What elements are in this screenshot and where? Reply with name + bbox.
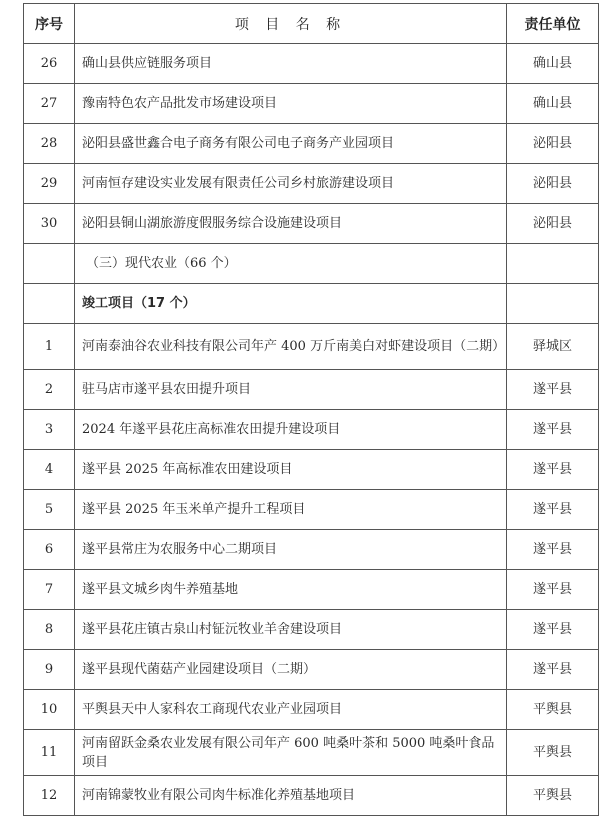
row-project-name: 平舆县天中人家科农工商现代农业产业园项目	[75, 690, 507, 730]
row-project-name: 豫南特色农产品批发市场建设项目	[75, 84, 507, 124]
row-serial-no: 28	[24, 124, 75, 164]
row-project-name: 泌阳县铜山湖旅游度假服务综合设施建设项目	[75, 204, 507, 244]
table-row: 9 遂平县现代菌菇产业园建设项目（二期） 遂平县	[24, 650, 599, 690]
row-project-name: 河南泰油谷农业科技有限公司年产 400 万斤南美白对虾建设项目（二期）	[75, 324, 507, 370]
row-responsible-unit: 确山县	[507, 84, 599, 124]
row-serial-no: 7	[24, 570, 75, 610]
row-serial-no: 6	[24, 530, 75, 570]
row-responsible-unit: 平舆县	[507, 730, 599, 776]
table-row: 1 河南泰油谷农业科技有限公司年产 400 万斤南美白对虾建设项目（二期） 驿城…	[24, 324, 599, 370]
section-serial-empty	[24, 244, 75, 284]
row-project-name: 河南留跃金桑农业发展有限公司年产 600 吨桑叶茶和 5000 吨桑叶食品项目	[75, 730, 507, 776]
table-row: 7 遂平县文城乡肉牛养殖基地 遂平县	[24, 570, 599, 610]
row-serial-no: 4	[24, 450, 75, 490]
row-serial-no: 3	[24, 410, 75, 450]
row-serial-no: 27	[24, 84, 75, 124]
table-row: 28 泌阳县盛世鑫合电子商务有限公司电子商务产业园项目 泌阳县	[24, 124, 599, 164]
table-row: 26 确山县供应链服务项目 确山县	[24, 44, 599, 84]
section-unit-empty	[507, 244, 599, 284]
table-row: 5 遂平县 2025 年玉米单产提升工程项目 遂平县	[24, 490, 599, 530]
row-serial-no: 10	[24, 690, 75, 730]
row-responsible-unit: 遂平县	[507, 650, 599, 690]
row-serial-no: 30	[24, 204, 75, 244]
row-project-name: 遂平县文城乡肉牛养殖基地	[75, 570, 507, 610]
row-project-name: 驻马店市遂平县农田提升项目	[75, 370, 507, 410]
table-row: 27 豫南特色农产品批发市场建设项目 确山县	[24, 84, 599, 124]
row-serial-no: 2	[24, 370, 75, 410]
table-row: 12 河南锦蒙牧业有限公司肉牛标准化养殖基地项目 平舆县	[24, 776, 599, 816]
table-header-row: 序号 项 目 名 称 责任单位	[24, 4, 599, 44]
row-project-name: 确山县供应链服务项目	[75, 44, 507, 84]
row-responsible-unit: 遂平县	[507, 530, 599, 570]
section-title-text: （三）现代农业（66 个）	[82, 256, 237, 271]
row-responsible-unit: 遂平县	[507, 370, 599, 410]
row-project-name: 泌阳县盛世鑫合电子商务有限公司电子商务产业园项目	[75, 124, 507, 164]
row-serial-no: 1	[24, 324, 75, 370]
row-responsible-unit: 泌阳县	[507, 204, 599, 244]
row-serial-no: 9	[24, 650, 75, 690]
row-responsible-unit: 平舆县	[507, 690, 599, 730]
row-project-name: 遂平县常庄为农服务中心二期项目	[75, 530, 507, 570]
row-responsible-unit: 遂平县	[507, 490, 599, 530]
row-project-name: 遂平县 2025 年高标准农田建设项目	[75, 450, 507, 490]
row-responsible-unit: 遂平县	[507, 570, 599, 610]
subsection-serial-empty	[24, 284, 75, 324]
table-row: 6 遂平县常庄为农服务中心二期项目 遂平县	[24, 530, 599, 570]
row-serial-no: 26	[24, 44, 75, 84]
section-title: （三）现代农业（66 个）	[75, 244, 507, 284]
row-project-name: 河南锦蒙牧业有限公司肉牛标准化养殖基地项目	[75, 776, 507, 816]
table-row: 3 2024 年遂平县花庄高标准农田提升建设项目 遂平县	[24, 410, 599, 450]
row-project-name: 河南恒存建设实业发展有限责任公司乡村旅游建设项目	[75, 164, 507, 204]
row-project-name: 遂平县花庄镇古泉山村钲沅牧业羊舍建设项目	[75, 610, 507, 650]
table-row: 10 平舆县天中人家科农工商现代农业产业园项目 平舆县	[24, 690, 599, 730]
section-row: （三）现代农业（66 个）	[24, 244, 599, 284]
table-row: 8 遂平县花庄镇古泉山村钲沅牧业羊舍建设项目 遂平县	[24, 610, 599, 650]
subsection-title: 竣工项目（17 个）	[75, 284, 507, 324]
row-responsible-unit: 遂平县	[507, 450, 599, 490]
row-responsible-unit: 遂平县	[507, 410, 599, 450]
header-project-name: 项 目 名 称	[75, 4, 507, 44]
row-project-name: 遂平县现代菌菇产业园建设项目（二期）	[75, 650, 507, 690]
row-responsible-unit: 确山县	[507, 44, 599, 84]
row-serial-no: 11	[24, 730, 75, 776]
row-responsible-unit: 驿城区	[507, 324, 599, 370]
row-serial-no: 5	[24, 490, 75, 530]
table-row: 2 驻马店市遂平县农田提升项目 遂平县	[24, 370, 599, 410]
subsection-unit-empty	[507, 284, 599, 324]
row-serial-no: 29	[24, 164, 75, 204]
table-row: 30 泌阳县铜山湖旅游度假服务综合设施建设项目 泌阳县	[24, 204, 599, 244]
subsection-row: 竣工项目（17 个）	[24, 284, 599, 324]
subsection-title-text: 竣工项目（17 个）	[82, 296, 196, 311]
project-table: 序号 项 目 名 称 责任单位 26 确山县供应链服务项目 确山县 27 豫南特…	[23, 3, 599, 816]
table-row: 4 遂平县 2025 年高标准农田建设项目 遂平县	[24, 450, 599, 490]
table-row: 29 河南恒存建设实业发展有限责任公司乡村旅游建设项目 泌阳县	[24, 164, 599, 204]
row-project-name: 2024 年遂平县花庄高标准农田提升建设项目	[75, 410, 507, 450]
table-row: 11 河南留跃金桑农业发展有限公司年产 600 吨桑叶茶和 5000 吨桑叶食品…	[24, 730, 599, 776]
row-responsible-unit: 泌阳县	[507, 164, 599, 204]
row-responsible-unit: 遂平县	[507, 610, 599, 650]
row-serial-no: 12	[24, 776, 75, 816]
row-responsible-unit: 泌阳县	[507, 124, 599, 164]
header-serial-no: 序号	[24, 4, 75, 44]
row-project-name: 遂平县 2025 年玉米单产提升工程项目	[75, 490, 507, 530]
header-responsible-unit: 责任单位	[507, 4, 599, 44]
row-serial-no: 8	[24, 610, 75, 650]
row-responsible-unit: 平舆县	[507, 776, 599, 816]
